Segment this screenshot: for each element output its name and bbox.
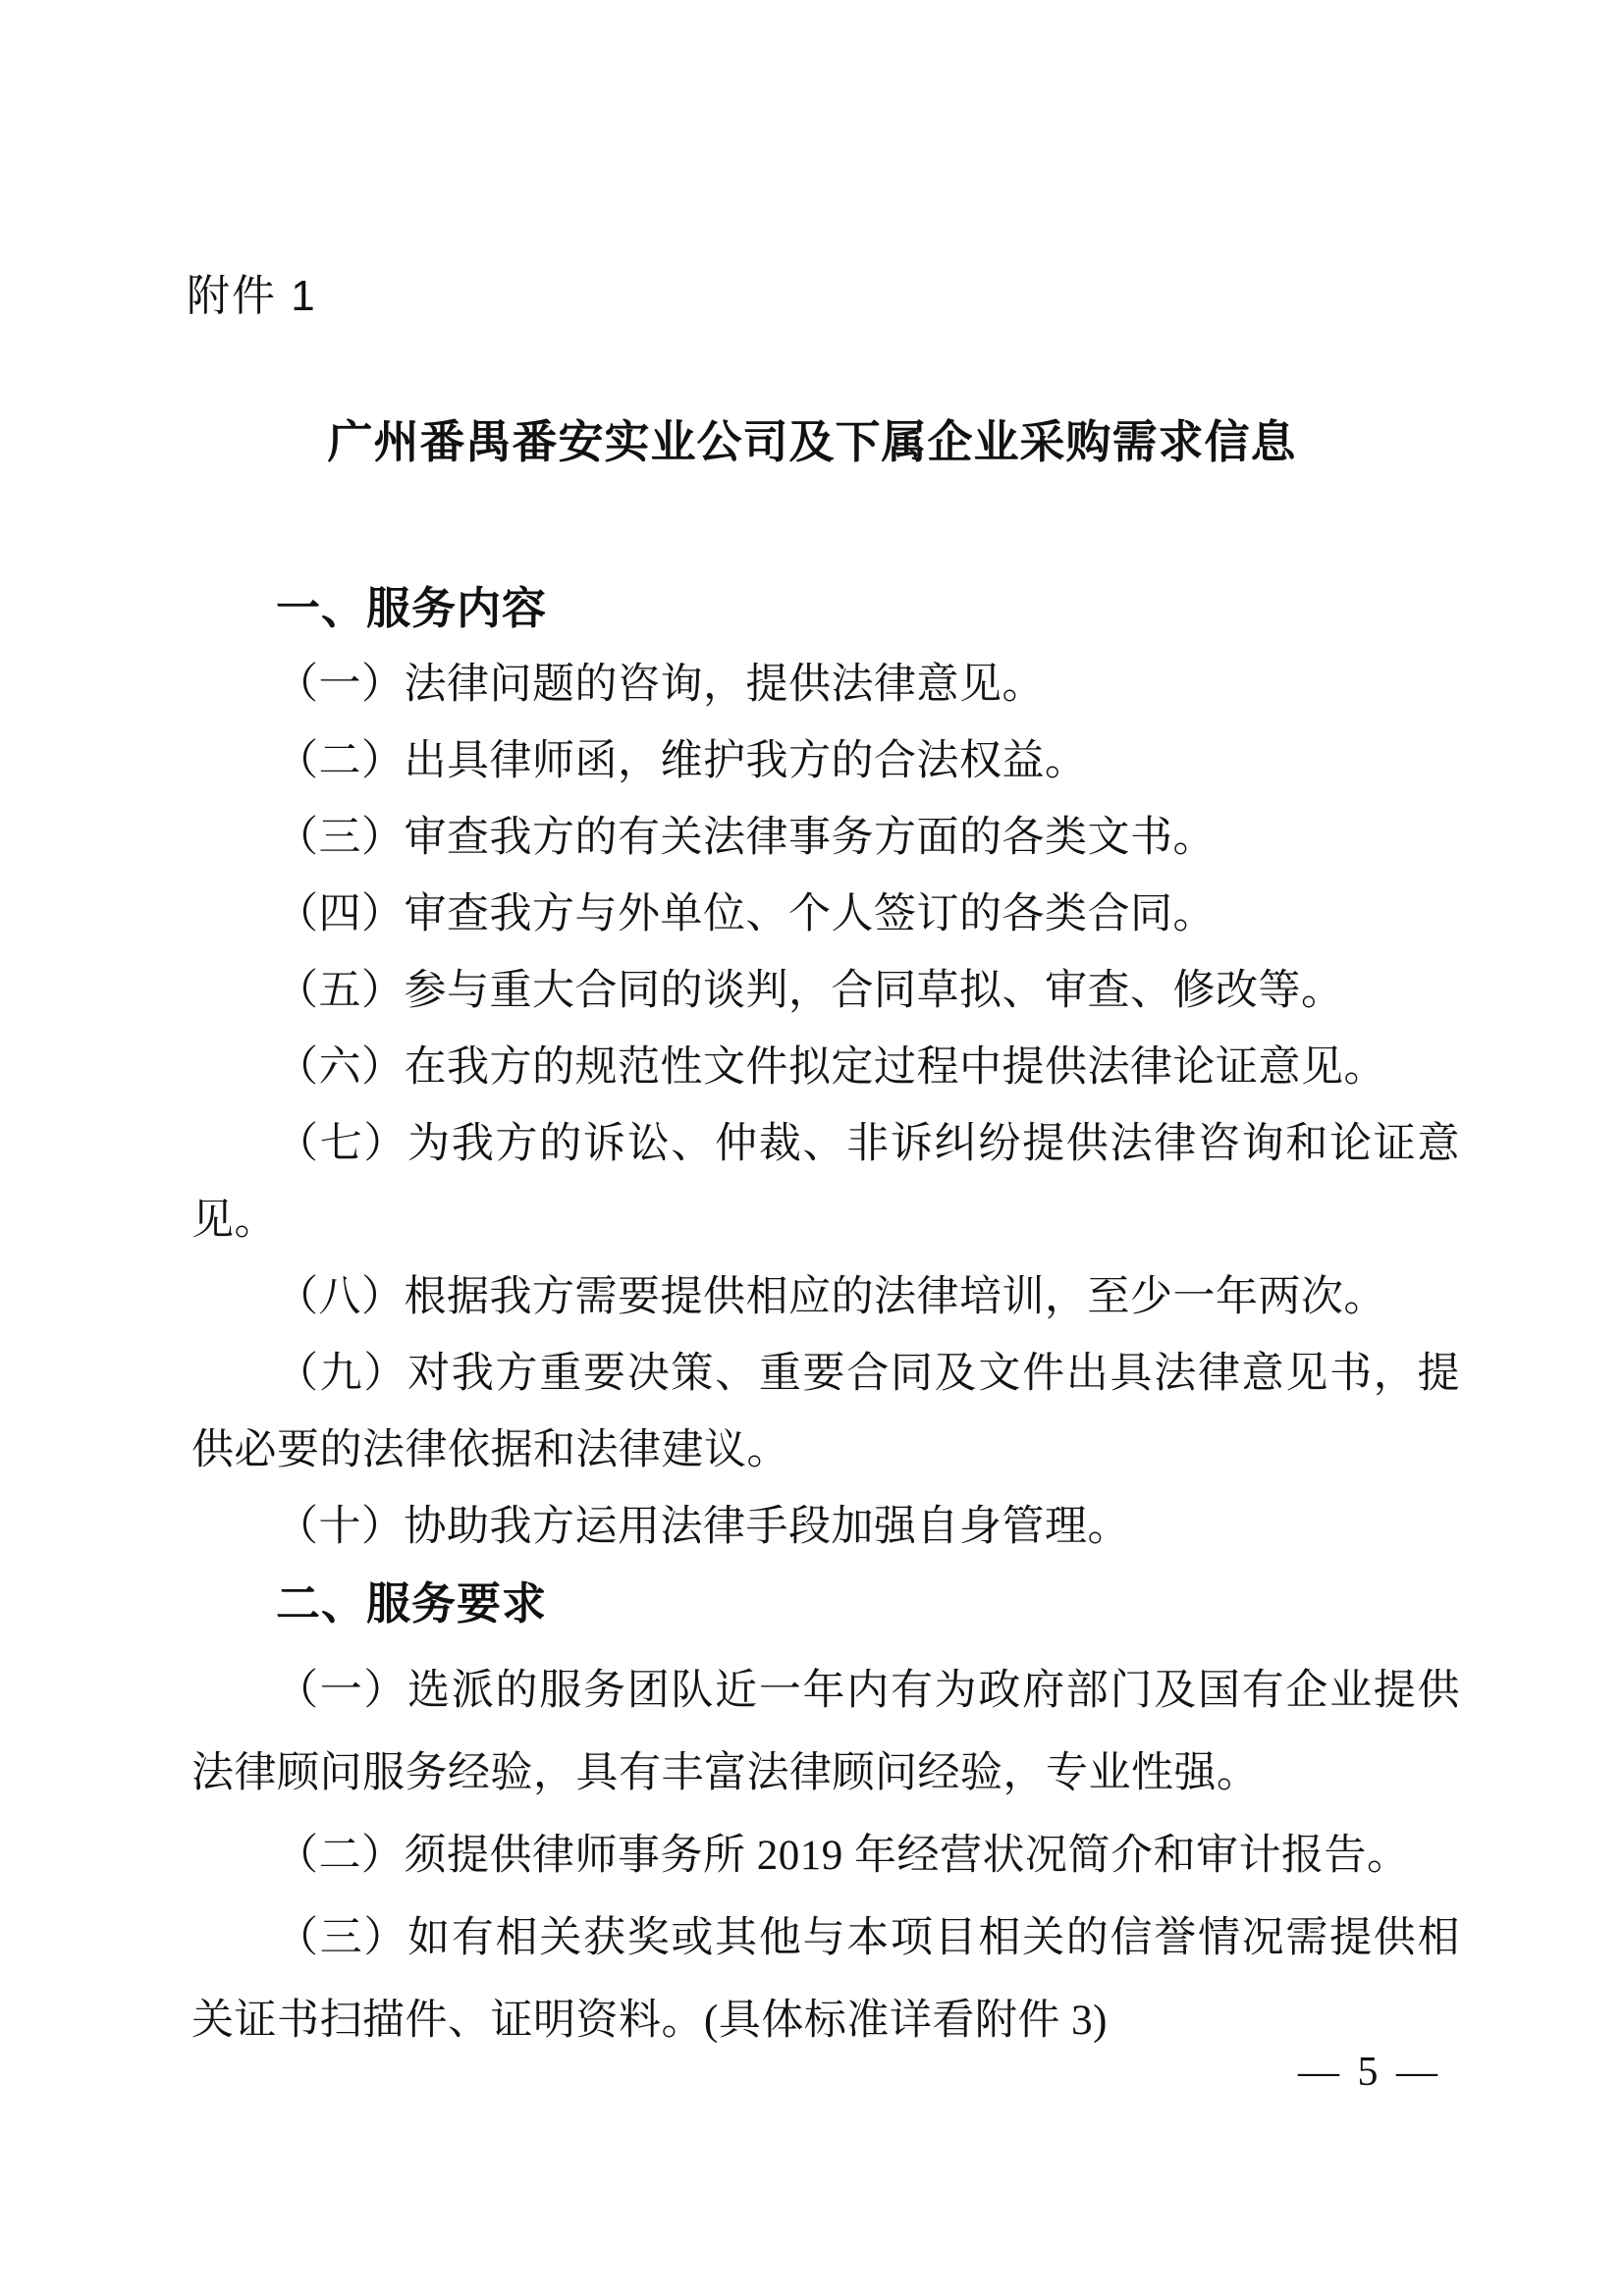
s1-item-1: （一）法律问题的咨询，提供法律意见。 <box>191 647 1460 723</box>
s1-item-3: （三）审查我方的有关法律事务方面的各类文书。 <box>191 800 1460 877</box>
s1-item-4: （四）审查我方与外单位、个人签订的各类合同。 <box>191 877 1460 953</box>
s2-item-1: （一）选派的服务团队近一年内有为政府部门及国有企业提供法律顾问服务经验，具有丰富… <box>191 1650 1460 1815</box>
s1-item-7: （七）为我方的诉讼、仲裁、非诉纠纷提供法律咨询和论证意见。 <box>191 1106 1460 1259</box>
s1-item-9: （九）对我方重要决策、重要合同及文件出具法律意见书，提供必要的法律依据和法律建议… <box>191 1336 1460 1489</box>
document-page: 附件 1 广州番禺番安实业公司及下属企业采购需求信息 一、服务内容 （一）法律问… <box>0 0 1624 2296</box>
section-1-heading: 一、服务内容 <box>191 570 1460 647</box>
document-body: 一、服务内容 （一）法律问题的咨询，提供法律意见。 （二）出具律师函，维护我方的… <box>191 0 1460 2296</box>
s1-item-2: （二）出具律师函，维护我方的合法权益。 <box>191 723 1460 800</box>
s1-item-8: （八）根据我方需要提供相应的法律培训，至少一年两次。 <box>191 1259 1460 1336</box>
s2-item-3: （三）如有相关获奖或其他与本项目相关的信誉情况需提供相关证书扫描件、证明资料。(… <box>191 1897 1460 2062</box>
s2-item-2: （二）须提供律师事务所 2019 年经营状况简介和审计报告。 <box>191 1815 1460 1897</box>
section-2-heading: 二、服务要求 <box>191 1566 1460 1642</box>
s1-item-10: （十）协助我方运用法律手段加强自身管理。 <box>191 1489 1460 1566</box>
s1-item-5: （五）参与重大合同的谈判，合同草拟、审查、修改等。 <box>191 953 1460 1030</box>
page-number: — 5 — <box>1298 2048 1441 2097</box>
s1-item-6: （六）在我方的规范性文件拟定过程中提供法律论证意见。 <box>191 1030 1460 1106</box>
